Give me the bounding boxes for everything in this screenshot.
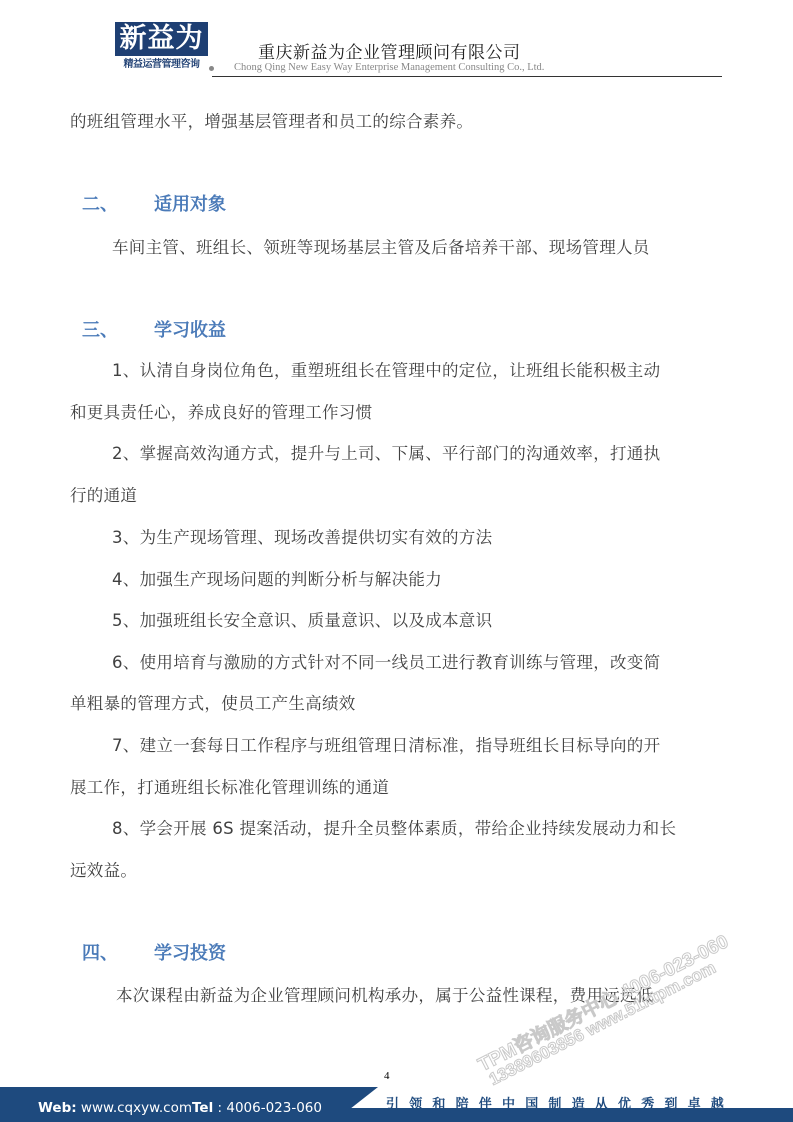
logo-dot-icon	[209, 66, 214, 71]
benefit-item-6-cont: 单粗暴的管理方式，使员工产生高绩效	[70, 690, 356, 714]
section-heading-investment: 四、学习投资	[82, 939, 226, 965]
benefit-item-2-cont: 行的通道	[70, 482, 137, 506]
footer-bar-slant-fill	[350, 1108, 380, 1122]
investment-text: 本次课程由新益为企业管理顾问机构承办，属于公益性课程，费用远远低	[116, 982, 654, 1006]
benefit-item-1: 1、认清自身岗位角色，重塑班组长在管理中的定位，让班组长能积极主动	[112, 357, 660, 381]
section-number: 三、	[82, 316, 154, 342]
benefit-item-7-cont: 展工作，打通班组长标准化管理训练的通道	[70, 774, 389, 798]
benefit-item-5: 5、加强班组长安全意识、质量意识、以及成本意识	[112, 607, 492, 631]
web-label: Web:	[38, 1100, 77, 1116]
watermark-line-2: 13389603856 www.51ktpm.com	[486, 958, 719, 1090]
page-header: 新益为 精益运营管理咨询 重庆新益为企业管理顾问有限公司 Chong Qing …	[0, 0, 793, 80]
logo-main-text: 新益为	[115, 22, 208, 56]
footer-bar-slant	[350, 1087, 378, 1109]
section-title: 学习投资	[154, 943, 226, 964]
tel-number: : 4006-023-060	[213, 1100, 322, 1116]
benefit-item-8: 8、学会开展 6S 提案活动，提升全员整体素质，带给企业持续发展动力和长	[112, 815, 676, 839]
audience-text: 车间主管、班组长、领班等现场基层主管及后备培养干部、现场管理人员	[112, 234, 650, 258]
section-title: 适用对象	[154, 194, 226, 215]
company-logo: 新益为 精益运营管理咨询	[115, 22, 208, 72]
section-heading-audience: 二、适用对象	[82, 190, 226, 216]
company-name-cn: 重庆新益为企业管理顾问有限公司	[258, 38, 521, 63]
logo-sub-text: 精益运营管理咨询	[115, 58, 208, 71]
benefit-item-1-cont: 和更具责任心，养成良好的管理工作习惯	[70, 399, 372, 423]
intro-tail-text: 的班组管理水平，增强基层管理者和员工的综合素养。	[70, 108, 473, 132]
tel-label: Tel	[192, 1100, 213, 1116]
benefit-item-2: 2、掌握高效沟通方式，提升与上司、下属、平行部门的沟通效率，打通执	[112, 440, 660, 464]
benefit-item-6: 6、使用培育与激励的方式针对不同一线员工进行教育训练与管理，改变简	[112, 649, 660, 673]
section-title: 学习收益	[154, 320, 226, 341]
section-heading-benefits: 三、学习收益	[82, 316, 226, 342]
watermark: TPM咨询服务中心 4006-023-060 13389603856 www.5…	[465, 955, 785, 1080]
header-divider	[212, 76, 722, 77]
benefit-item-7: 7、建立一套每日工作程序与班组管理日清标准，指导班组长目标导向的开	[112, 732, 660, 756]
footer-slogan: 引领和陪伴中国制造从优秀到卓越	[386, 1093, 734, 1112]
benefit-item-3: 3、为生产现场管理、现场改善提供切实有效的方法	[112, 524, 492, 548]
web-url[interactable]: www.cqxyw.com	[77, 1100, 192, 1116]
benefit-item-4: 4、加强生产现场问题的判断分析与解决能力	[112, 566, 442, 590]
benefit-item-8-cont: 远效益。	[70, 857, 137, 881]
section-number: 四、	[82, 939, 154, 965]
footer-contact: Web: www.cqxyw.comTel : 4006-023-060	[38, 1100, 322, 1116]
page-number: 4	[384, 1070, 390, 1082]
company-name-en: Chong Qing New Easy Way Enterprise Manag…	[234, 62, 544, 73]
section-number: 二、	[82, 190, 154, 216]
